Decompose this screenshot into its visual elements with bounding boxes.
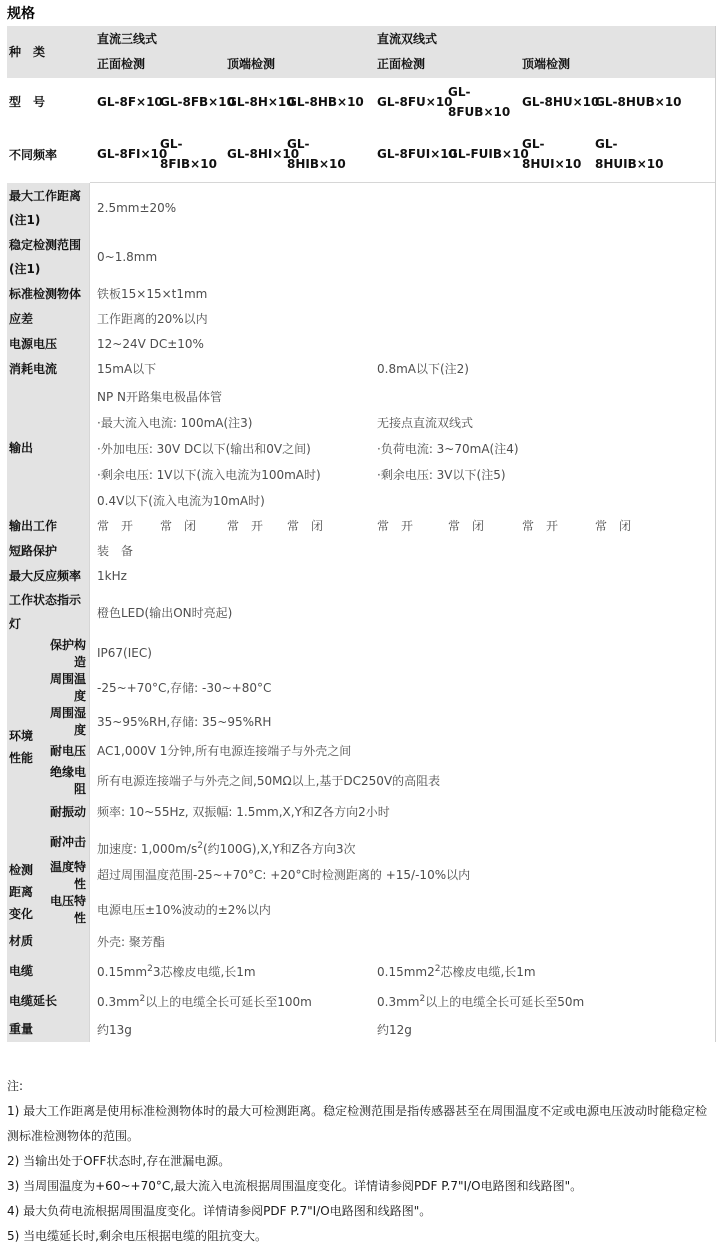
row-label-output-operation: 输出工作 bbox=[7, 514, 90, 538]
protection-value: IP67(IEC) bbox=[90, 636, 715, 670]
row-label-current: 消耗电流 bbox=[7, 356, 90, 381]
note-item-3: 3) 当周围温度为+60~+70°C,最大流入电流根据周围温度变化。详情请参阅P… bbox=[7, 1174, 711, 1199]
current-value-dc3: 15mA以下 bbox=[90, 356, 370, 381]
protection-row: 保护构造 IP67(IEC) bbox=[40, 636, 715, 670]
insulation-value: 所有电源连接端子与外壳之间,50MΩ以上,基于DC250V的高阻表 bbox=[90, 763, 715, 797]
row-label-weight: 重量 bbox=[7, 1016, 90, 1042]
ambient-temp-value: -25~+70°C,存储: -30~+80°C bbox=[90, 670, 715, 704]
voltage-characteristic-value: 电源电压±10%波动的±2%以内 bbox=[90, 892, 715, 926]
ambient-temp-row: 周围温度 -25~+70°C,存储: -30~+80°C bbox=[40, 670, 715, 704]
weight-value-dc3: 约13g bbox=[90, 1016, 370, 1042]
material-value: 外壳: 聚芳酯 bbox=[90, 926, 715, 956]
detect-header-top-1: 顶端检测 bbox=[220, 52, 370, 77]
row-label-frequency: 不同频率 bbox=[7, 126, 90, 183]
max-distance-value: 2.5mm±20% bbox=[90, 183, 715, 233]
cable-extension-value-dc3: 0.3mm2以上的电缆全长可延长至100m bbox=[90, 986, 370, 1016]
model-cell: GL-8F×10 bbox=[90, 78, 153, 126]
row-label-withstand-voltage: 耐电压 bbox=[40, 738, 90, 763]
kind-row: 种 类 直流三线式 正面检测 顶端检测 直流双线式 正面检测 顶端检测 bbox=[7, 26, 715, 78]
row-label-hysteresis: 应差 bbox=[7, 306, 90, 331]
short-circuit-value: 装 备 bbox=[90, 538, 715, 563]
model-cell: GL- 8FUB×10 bbox=[441, 78, 515, 126]
voltage-characteristic-row: 电压特性 电源电压±10%波动的±2%以内 bbox=[40, 892, 715, 926]
freq-cell: GL- 8FIB×10 bbox=[153, 126, 220, 182]
shock-row: 耐冲击 加速度: 1,000m/s2(约100G),X,Y和Z各方向3次 bbox=[40, 825, 715, 857]
row-label-ambient-temp: 周围温度 bbox=[40, 670, 90, 704]
ambient-humidity-value: 35~95%RH,存储: 35~95%RH bbox=[90, 704, 715, 738]
supply-voltage-value: 12~24V DC±10% bbox=[90, 331, 715, 356]
hysteresis-row: 应差 工作距离的20%以内 bbox=[7, 306, 715, 331]
model-cell: GL-8HU×10 bbox=[515, 78, 588, 126]
vibration-row: 耐振动 频率: 10~55Hz, 双振幅: 1.5mm,X,Y和Z各方向2小时 bbox=[40, 797, 715, 825]
model-cell: GL-8FB×10 bbox=[153, 78, 220, 126]
output-operation-row: 输出工作 常 开 常 闭 常 开 常 闭 常 开 常 闭 常 开 常 闭 bbox=[7, 514, 715, 538]
freq-cell: GL- 8HUIB×10 bbox=[588, 126, 715, 182]
wire-type-dc3: 直流三线式 bbox=[90, 27, 370, 52]
row-label-output: 输出 bbox=[7, 381, 90, 514]
notes-section: 注: 1) 最大工作距离是使用标准检测物体时的最大可检测距离。稳定检测范围是指传… bbox=[7, 1074, 711, 1249]
row-label-kind: 种 类 bbox=[7, 26, 90, 78]
cable-extension-row: 电缆延长 0.3mm2以上的电缆全长可延长至100m 0.3mm2以上的电缆全长… bbox=[7, 986, 715, 1016]
freq-cell: GL- 8HIB×10 bbox=[280, 126, 370, 182]
row-label-short-circuit: 短路保护 bbox=[7, 538, 90, 563]
hysteresis-value: 工作距离的20%以内 bbox=[90, 306, 715, 331]
row-label-insulation: 绝缘电阻 bbox=[40, 763, 90, 797]
cable-value-dc2: 0.15mm22芯橡皮电缆,长1m bbox=[370, 956, 715, 986]
output-value-dc2: 无接点直流双线式 ·负荷电流: 3~70mA(注4) ·剩余电压: 3V以下(注… bbox=[370, 381, 715, 514]
page-title: 规格 bbox=[7, 3, 719, 23]
freq-cell: GL- 8HUI×10 bbox=[515, 126, 588, 182]
row-label-std-object: 标准检测物体 bbox=[7, 281, 90, 306]
freq-cell: GL-FUIB×10 bbox=[441, 126, 515, 182]
cable-extension-value-dc2: 0.3mm2以上的电缆全长可延长至50m bbox=[370, 986, 715, 1016]
freq-cell: GL-8HI×10 bbox=[220, 126, 280, 182]
withstand-voltage-value: AC1,000V 1分钟,所有电源连接端子与外壳之间 bbox=[90, 738, 715, 763]
freq-cell: GL-8FUI×10 bbox=[370, 126, 441, 182]
supply-voltage-row: 电源电压 12~24V DC±10% bbox=[7, 331, 715, 356]
row-label-stable-range: 稳定检测范围 (注1) bbox=[7, 233, 90, 281]
output-op-cell: 常 开 bbox=[515, 514, 588, 538]
spec-page: 规格 种 类 直流三线式 正面检测 顶端检测 直流双线式 正面检测 顶端检测 bbox=[0, 0, 719, 1249]
short-circuit-row: 短路保护 装 备 bbox=[7, 538, 715, 563]
row-label-material: 材质 bbox=[7, 926, 90, 956]
material-row: 材质 外壳: 聚芳酯 bbox=[7, 926, 715, 956]
note-item-5: 5) 当电缆延长时,剩余电压根据电缆的阻抗变大。 bbox=[7, 1224, 711, 1249]
row-label-protection: 保护构造 bbox=[40, 636, 90, 670]
frequency-row: 不同频率 GL-8FI×10 GL- 8FIB×10 GL-8HI×10 GL-… bbox=[7, 126, 715, 183]
insulation-row: 绝缘电阻 所有电源连接端子与外壳之间,50MΩ以上,基于DC250V的高阻表 bbox=[40, 763, 715, 797]
row-label-voltage-characteristic: 电压特性 bbox=[40, 892, 90, 926]
kind-header-cells: 直流三线式 正面检测 顶端检测 直流双线式 正面检测 顶端检测 bbox=[90, 26, 715, 78]
row-label-model: 型 号 bbox=[7, 78, 90, 126]
wire-type-group-dc3: 直流三线式 正面检测 顶端检测 bbox=[90, 26, 370, 78]
row-label-max-response: 最大反应频率 bbox=[7, 563, 90, 588]
cable-value-dc3: 0.15mm23芯橡皮电缆,长1m bbox=[90, 956, 370, 986]
freq-cell: GL-8FI×10 bbox=[90, 126, 153, 182]
std-object-value: 铁板15×15×t1mm bbox=[90, 281, 715, 306]
notes-title: 注: bbox=[7, 1074, 711, 1099]
output-op-cell: 常 闭 bbox=[280, 514, 370, 538]
current-value-dc2: 0.8mA以下(注2) bbox=[370, 356, 715, 381]
vibration-value: 频率: 10~55Hz, 双振幅: 1.5mm,X,Y和Z各方向2小时 bbox=[90, 797, 715, 825]
stable-range-value: 0~1.8mm bbox=[90, 233, 715, 281]
output-op-cell: 常 开 bbox=[90, 514, 153, 538]
group-label-detect-change: 检测 距离 变化 bbox=[7, 857, 40, 926]
model-cell: GL-8H×10 bbox=[220, 78, 280, 126]
output-op-cell: 常 开 bbox=[370, 514, 441, 538]
weight-value-dc2: 约12g bbox=[370, 1016, 715, 1042]
indicator-row: 工作状态指示灯 橙色LED(输出ON时亮起) bbox=[7, 588, 715, 636]
detect-header-top-2: 顶端检测 bbox=[515, 52, 570, 77]
detect-header-front-2: 正面检测 bbox=[370, 52, 515, 77]
row-label-supply-voltage: 电源电压 bbox=[7, 331, 90, 356]
row-label-temp-characteristic: 温度特性 bbox=[40, 857, 90, 892]
row-label-indicator: 工作状态指示灯 bbox=[7, 588, 90, 636]
row-label-shock: 耐冲击 bbox=[40, 825, 90, 857]
withstand-voltage-row: 耐电压 AC1,000V 1分钟,所有电源连接端子与外壳之间 bbox=[40, 738, 715, 763]
output-op-cell: 常 闭 bbox=[441, 514, 515, 538]
row-label-ambient-humidity: 周围湿度 bbox=[40, 704, 90, 738]
max-distance-row: 最大工作距离 (注1) 2.5mm±20% bbox=[7, 183, 715, 233]
row-label-max-distance: 最大工作距离 (注1) bbox=[7, 183, 90, 233]
model-cell: GL-8HB×10 bbox=[280, 78, 370, 126]
row-label-vibration: 耐振动 bbox=[40, 797, 90, 825]
output-op-cell: 常 闭 bbox=[588, 514, 715, 538]
group-label-environment: 环境 性能 bbox=[7, 636, 40, 857]
temp-characteristic-value: 超过周围温度范围-25~+70°C: +20°C时检测距离的 +15/-10%以… bbox=[90, 857, 715, 892]
std-object-row: 标准检测物体 铁板15×15×t1mm bbox=[7, 281, 715, 306]
ambient-humidity-row: 周围湿度 35~95%RH,存储: 35~95%RH bbox=[40, 704, 715, 738]
output-op-cell: 常 开 bbox=[220, 514, 280, 538]
wire-type-dc2: 直流双线式 bbox=[370, 27, 715, 52]
row-label-cable-extension: 电缆延长 bbox=[7, 986, 90, 1016]
stable-range-row: 稳定检测范围 (注1) 0~1.8mm bbox=[7, 233, 715, 281]
weight-row: 重量 约13g 约12g bbox=[7, 1016, 715, 1042]
temp-characteristic-row: 温度特性 超过周围温度范围-25~+70°C: +20°C时检测距离的 +15/… bbox=[40, 857, 715, 892]
detect-header-front-1: 正面检测 bbox=[90, 52, 220, 77]
detect-change-section: 检测 距离 变化 温度特性 超过周围温度范围-25~+70°C: +20°C时检… bbox=[7, 857, 715, 926]
note-item-1: 1) 最大工作距离是使用标准检测物体时的最大可检测距离。稳定检测范围是指传感器甚… bbox=[7, 1099, 711, 1149]
model-row: 型 号 GL-8F×10 GL-8FB×10 GL-8H×10 GL-8HB×1… bbox=[7, 78, 715, 126]
note-item-2: 2) 当输出处于OFF状态时,存在泄漏电源。 bbox=[7, 1149, 711, 1174]
row-label-cable: 电缆 bbox=[7, 956, 90, 986]
model-cell: GL-8HUB×10 bbox=[588, 78, 715, 126]
note-item-4: 4) 最大负荷电流根据周围温度变化。详情请参阅PDF P.7"I/O电路图和线路… bbox=[7, 1199, 711, 1224]
indicator-value: 橙色LED(输出ON时亮起) bbox=[90, 588, 715, 636]
cable-row: 电缆 0.15mm23芯橡皮电缆,长1m 0.15mm22芯橡皮电缆,长1m bbox=[7, 956, 715, 986]
env-section: 环境 性能 保护构造 IP67(IEC) 周围温度 -25~+70°C,存储: … bbox=[7, 636, 715, 857]
output-op-cell: 常 闭 bbox=[153, 514, 220, 538]
max-response-row: 最大反应频率 1kHz bbox=[7, 563, 715, 588]
output-row: 输出 NP N开路集电极晶体管 ·最大流入电流: 100mA(注3) ·外加电压… bbox=[7, 381, 715, 514]
wire-type-group-dc2: 直流双线式 正面检测 顶端检测 bbox=[370, 26, 715, 78]
max-response-value: 1kHz bbox=[90, 563, 715, 588]
model-cell: GL-8FU×10 bbox=[370, 78, 441, 126]
current-row: 消耗电流 15mA以下 0.8mA以下(注2) bbox=[7, 356, 715, 381]
shock-value: 加速度: 1,000m/s2(约100G),X,Y和Z各方向3次 bbox=[90, 825, 715, 857]
spec-table: 种 类 直流三线式 正面检测 顶端检测 直流双线式 正面检测 顶端检测 bbox=[7, 26, 716, 1042]
output-value-dc3: NP N开路集电极晶体管 ·最大流入电流: 100mA(注3) ·外加电压: 3… bbox=[90, 381, 370, 514]
